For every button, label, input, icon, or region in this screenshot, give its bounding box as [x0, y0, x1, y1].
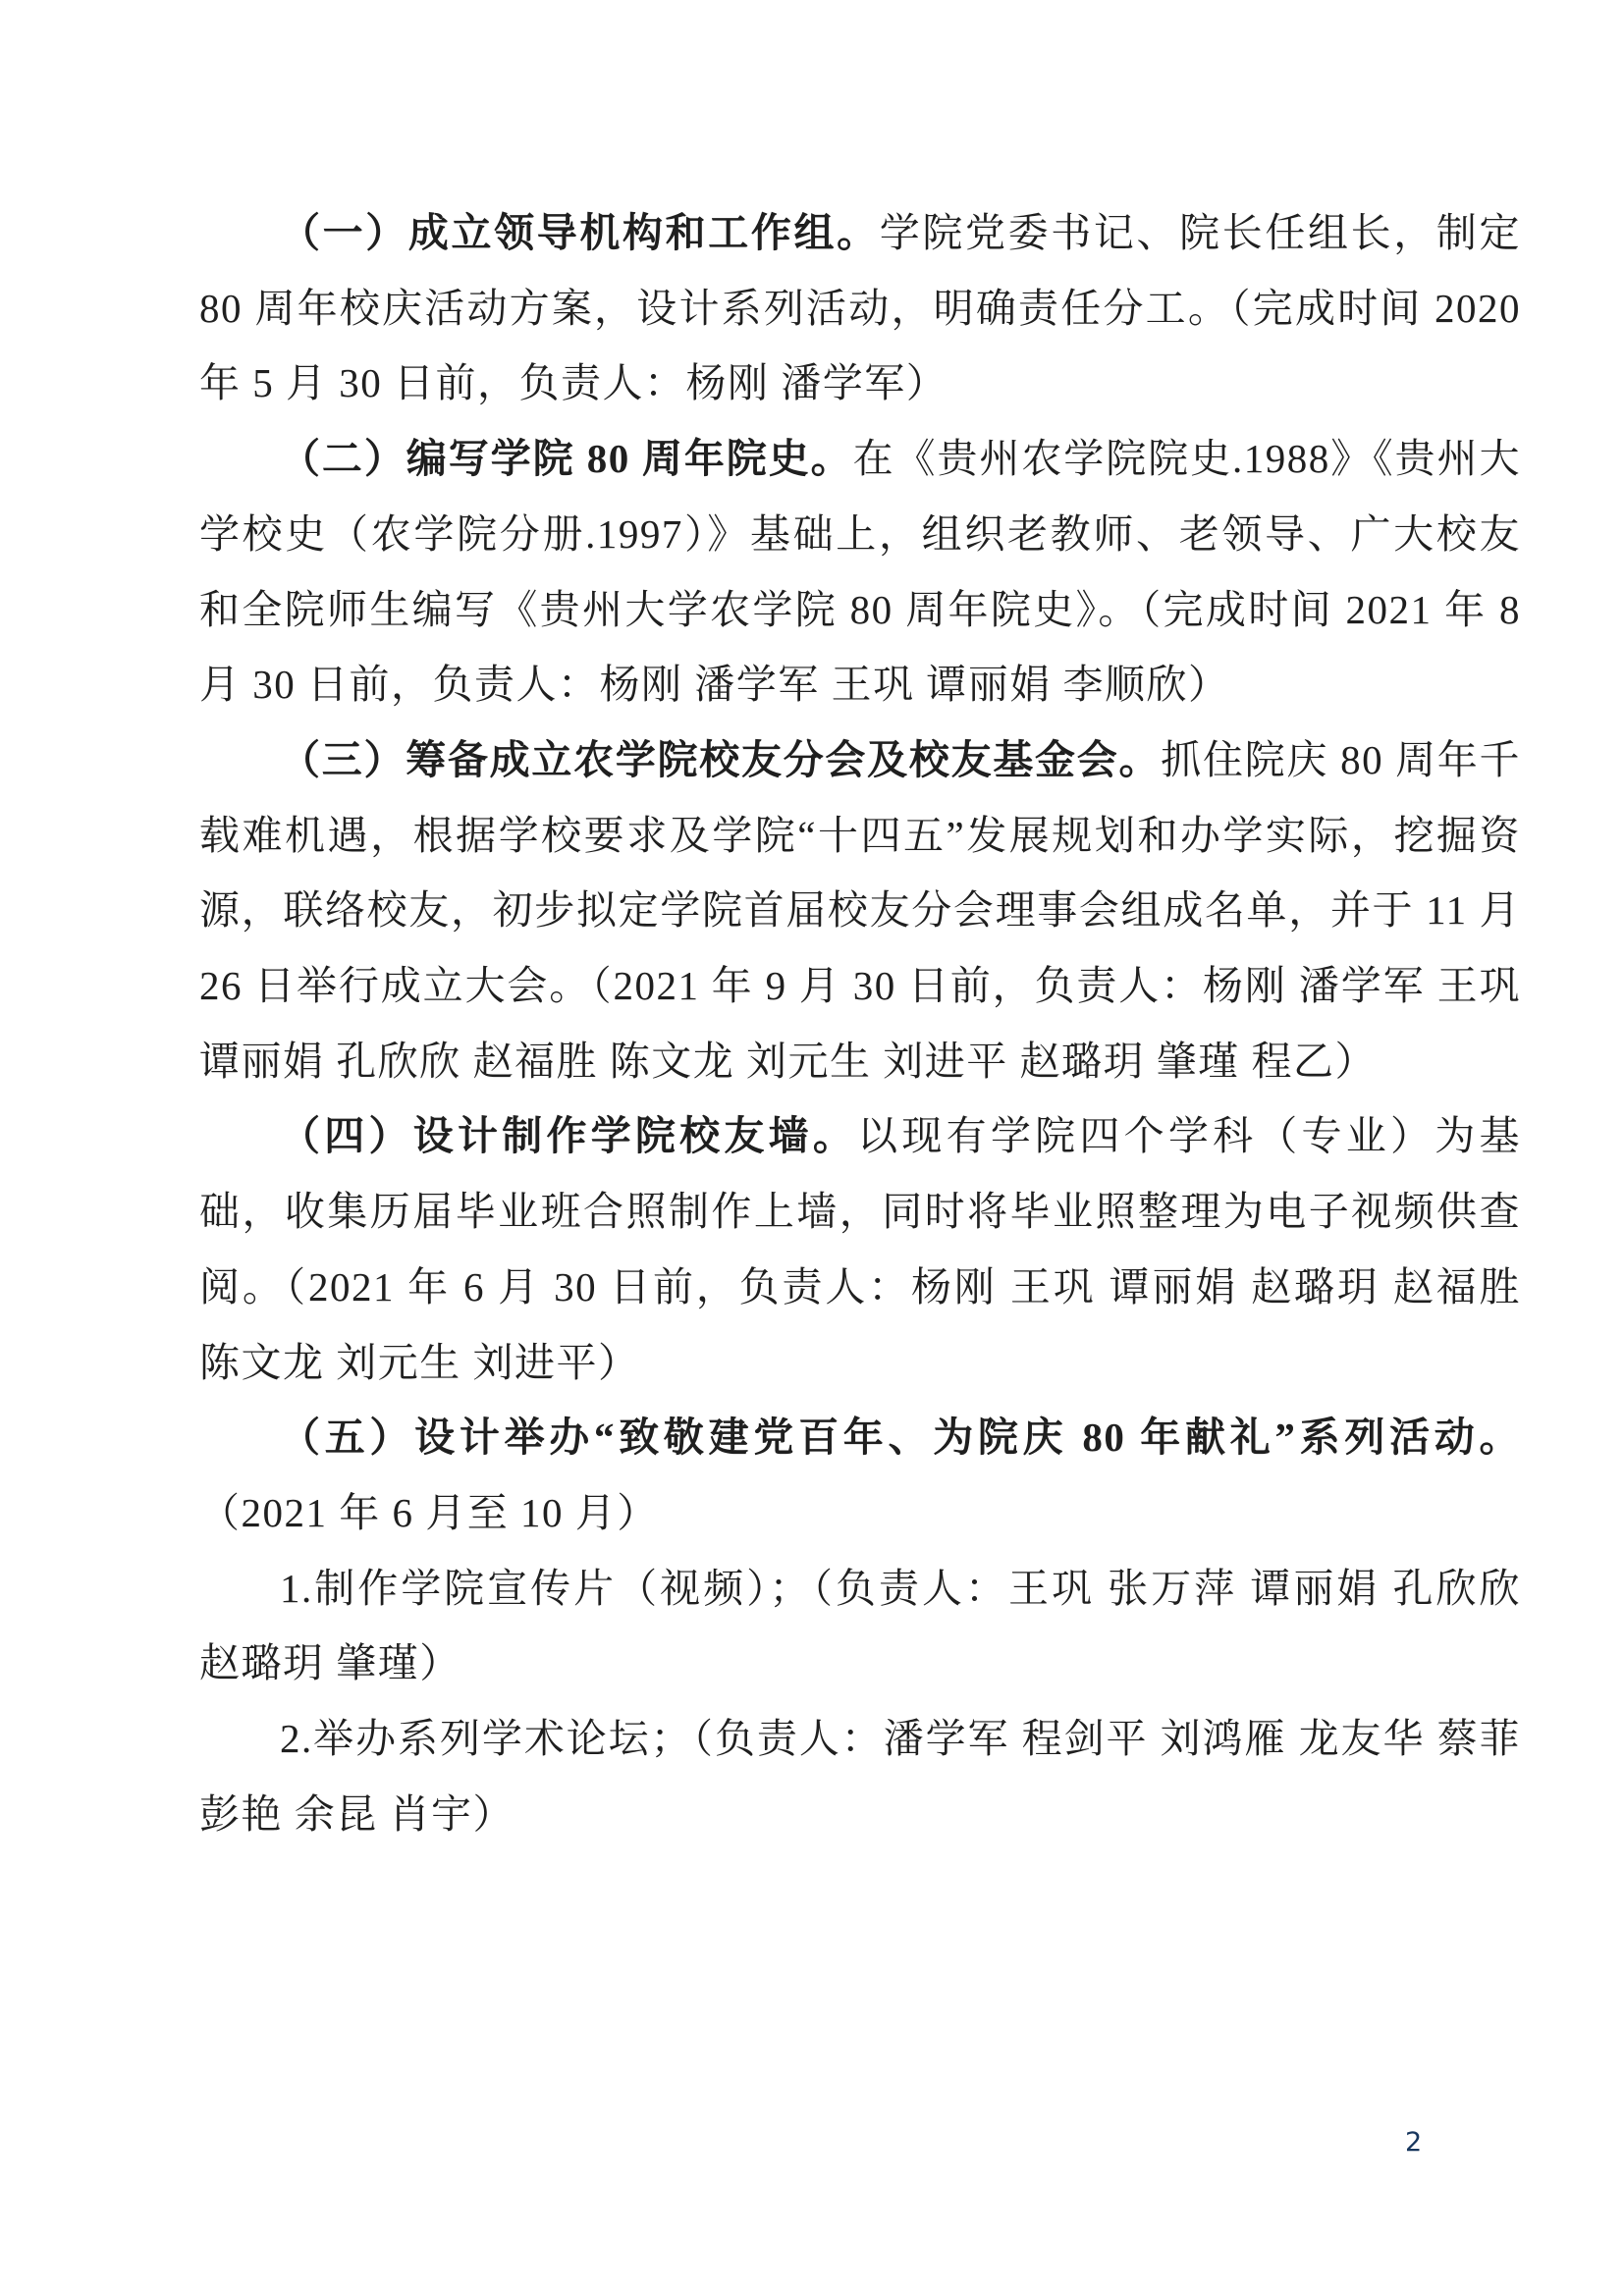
section-2-paragraph: （二）编写学院 80 周年院史。在《贵州农学院院史.1988》《贵州大学校史（农…: [199, 421, 1521, 722]
section-2-heading: （二）编写学院 80 周年院史。: [280, 436, 853, 481]
section-5-paragraph: （五）设计举办“致敬建党百年、为院庆 80 年献礼”系列活动。（2021 年 6…: [199, 1400, 1521, 1550]
section-5-text: （2021 年 6 月至 10 月）: [199, 1490, 659, 1535]
list-item-1: 1.制作学院宣传片（视频）；（负责人：王巩 张万萍 谭丽娟 孔欣欣 赵璐玥 肇瑾…: [199, 1551, 1521, 1701]
section-5-heading: （五）设计举办“致敬建党百年、为院庆 80 年献礼”系列活动。: [280, 1415, 1521, 1460]
document-page: （一）成立领导机构和工作组。学院党委书记、院长任组长，制定 80 周年校庆活动方…: [0, 0, 1624, 2296]
section-1-paragraph: （一）成立领导机构和工作组。学院党委书记、院长任组长，制定 80 周年校庆活动方…: [199, 195, 1521, 421]
list-item-2-text: 2.举办系列学术论坛；（负责人：潘学军 程剑平 刘鸿雁 龙友华 蔡菲 彭艳 余昆…: [199, 1716, 1521, 1837]
section-1-heading: （一）成立领导机构和工作组。: [280, 210, 880, 255]
list-item-2: 2.举办系列学术论坛；（负责人：潘学军 程剑平 刘鸿雁 龙友华 蔡菲 彭艳 余昆…: [199, 1701, 1521, 1851]
list-item-1-text: 1.制作学院宣传片（视频）；（负责人：王巩 张万萍 谭丽娟 孔欣欣 赵璐玥 肇瑾…: [199, 1566, 1521, 1686]
section-3-heading: （三）筹备成立农学院校友分会及校友基金会。: [280, 737, 1161, 782]
section-4-heading: （四）设计制作学院校友墙。: [280, 1113, 857, 1158]
section-4-paragraph: （四）设计制作学院校友墙。以现有学院四个学科（专业）为基础，收集历届毕业班合照制…: [199, 1098, 1521, 1400]
document-body: （一）成立领导机构和工作组。学院党委书记、院长任组长，制定 80 周年校庆活动方…: [199, 195, 1521, 1851]
section-3-text: 抓住院庆 80 周年千载难机遇，根据学校要求及学院“十四五”发展规划和办学实际，…: [199, 737, 1521, 1084]
section-3-paragraph: （三）筹备成立农学院校友分会及校友基金会。抓住院庆 80 周年千载难机遇，根据学…: [199, 722, 1521, 1099]
page-number: 2: [1405, 2128, 1422, 2158]
